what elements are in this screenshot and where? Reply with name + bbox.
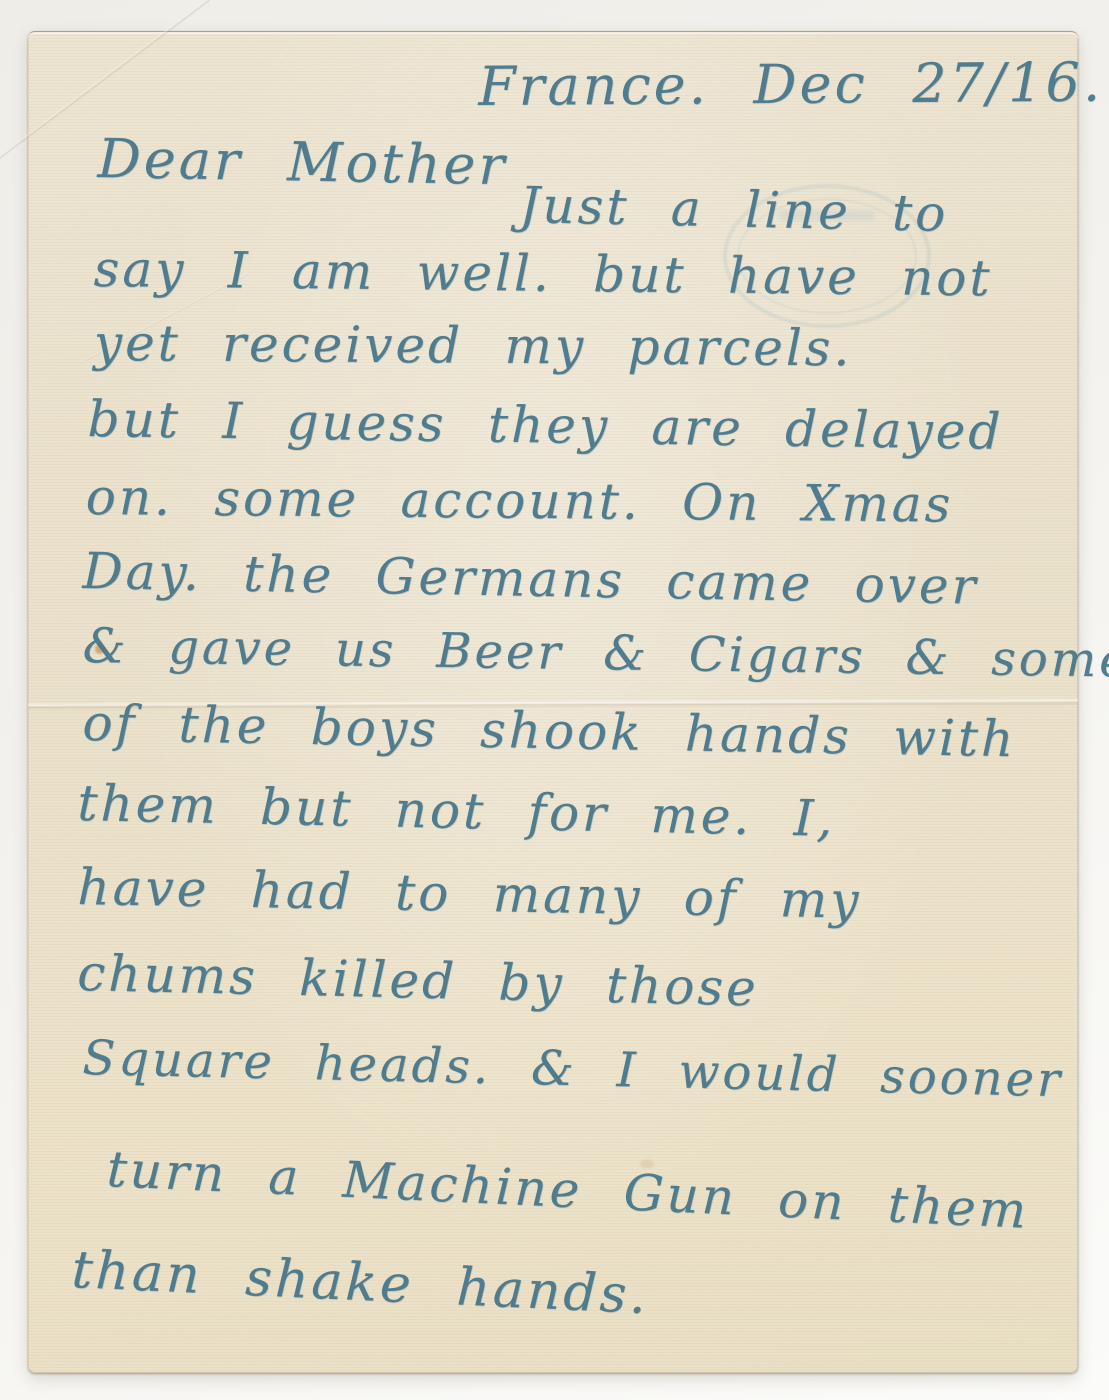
letter-line: them but not for me. I, bbox=[77, 778, 836, 844]
letter-line: turn a Machine Gun on them bbox=[106, 1144, 1030, 1236]
letter-line: Square heads. & I would sooner bbox=[82, 1034, 1064, 1104]
scan-background: France. Dec 27/16. Dear Mother Just a li… bbox=[0, 0, 1109, 1400]
letter-line: chums killed by those bbox=[77, 948, 759, 1013]
letter-dateline: France. Dec 27/16. bbox=[478, 56, 1103, 114]
letter-line: & gave us Beer & Cigars & some bbox=[82, 622, 1109, 685]
letter-page: France. Dec 27/16. Dear Mother Just a li… bbox=[28, 31, 1078, 1373]
letter-line: Day. the Germans came over bbox=[82, 546, 979, 612]
letter-line: of the boys shook hands with bbox=[82, 698, 1017, 764]
letter-salutation: Dear Mother bbox=[97, 132, 508, 193]
letter-line: say I am well. but have not bbox=[93, 244, 992, 303]
letter-line: Just a line to bbox=[519, 180, 949, 239]
letter-line: have had to many of my bbox=[77, 862, 862, 926]
letter-line: but I guess they are delayed bbox=[87, 394, 1003, 457]
letter-line: than shake hands. bbox=[71, 1244, 650, 1322]
letter-line: on. some account. On Xmas bbox=[86, 472, 954, 530]
letter-line: yet received my parcels. bbox=[94, 318, 853, 373]
